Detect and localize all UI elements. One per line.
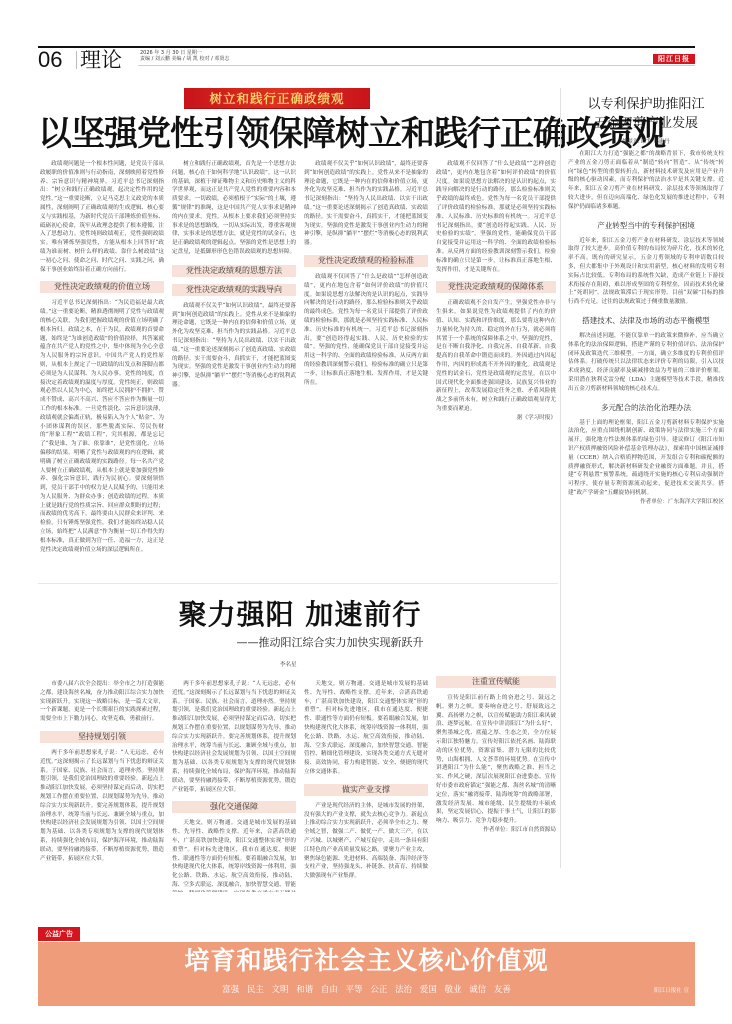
right-article-section-1-text: 近年来，阳江五金刀剪产业在材料研发、涂层技术等领域取得了较大进步。高价值专利的布… [568,237,724,307]
article1-subheading-4: 党性决定政绩观的检验标准 [304,255,428,267]
article2-section-3-text: 产业是现代经济的主体，是城市发展的骨架，没有强大的产业支撑，就失去核心竞争力。新… [304,802,428,881]
article2-column-1: 市委八届六次全会提出：举全市之力打造强能之都，建设海丝名城，奋力推动阳江综合实力… [40,680,164,892]
public-ad-tag: 公益广告 [38,927,80,941]
article2-intro: 市委八届六次全会提出：举全市之力打造强能之都，建设海丝名城，奋力推动阳江综合实力… [40,680,164,724]
article1-section-4-text: 政绩观不仅回答了“什么是政绩”“怎样创造政绩”，更内在地包含着“如何评价政绩”的… [304,273,428,387]
article2-subheading-1: 坚持规划引领 [40,731,164,743]
article2-column-2: 两千多年前思想家孔子说：“人无远虑，必有近忧。”这深刻揭示了长远谋划与当下忧患的… [172,680,296,892]
article1-subheading-1: 党性决定政绩观的价值立场 [40,281,164,293]
article-kicker: 树立和践行正确政绩观 [184,88,370,109]
article2-title: 聚力强阳 加速前行 [120,598,480,632]
right-article-subheading-1: 产业转型当中的专利保护困境 [568,220,724,231]
article2-column-3: 天地交，则万物通。交通是城市发展的基础性、先导性、战略性支撑。近年来，合湛高铁通… [304,680,428,892]
page-number: 06 [38,49,62,71]
article2-section-1-cont: 两千多年前思想家孔子说：“人无远虑，必有近忧。”这深刻揭示了长远谋划与当下忧患的… [172,680,296,794]
article1-column-3: 政绩观不仅关乎“如何认识政绩”，最终还要落到“如何创造政绩”的实践上。党性从来不… [304,160,428,582]
public-ad-publisher: 阳江日报社 宣 [654,986,689,994]
right-article-body: 在阳江大力打造“强能之都”的战略背景下，我市传统支柱产业的五金刀剪正面临着从“制… [568,150,724,890]
section-name: 理论 [80,48,122,72]
article1-section-4-cont: 政绩观不仅回答了“什么是政绩”“怎样创造政绩”，更内在地包含着“如何评价政绩”的… [436,160,556,274]
article1-column-4: 政绩观不仅回答了“什么是政绩”“怎样创造政绩”，更内在地包含着“如何评价政绩”的… [436,160,556,582]
article2-subtitle: ——推动阳江综合实力加快实现新跃升 [180,636,480,650]
right-article-authors: 姚景深 谭戈 郑惠丹 [568,137,724,145]
right-article-credit: 作者单位：广东海洋大学阳江校区 [568,498,724,507]
right-article-title-line1: 以专利保护助推阳江 [568,95,724,114]
article1-section-3-text: 政绩观不仅关乎“如何认识政绩”，最终还要落到“如何创造政绩”的实践上。党性从来不… [172,302,296,390]
newspaper-logo: 阳江日报 [653,54,695,64]
article2-section-4-text: 宣传是阳江前行路上的奋进之号、鼓远之帆、聚力之帜。要奏响奋进之号、舒展致远之翼、… [436,694,556,826]
article2-author: 李名星 [280,660,297,668]
issue-meta: 2026 年 3 月 30 日 星期一 责编 / 刘云鹏 美编 / 胡 凯 校对… [140,50,229,62]
article2-subheading-3: 做实产业支撑 [304,784,428,796]
article2-subheading-2: 强化交通保障 [172,801,296,813]
article1-intro: 政绩观问题是一个根本性问题，是党员干部从政履职的价值准则与行动指南，深刻映照着党… [40,160,164,274]
article2-section-2-cont: 天地交，则万物通。交通是城市发展的基础性、先导性、战略性支撑。近年来，合湛高铁通… [304,680,428,777]
article1-subheading-2: 党性决定政绩观的思想方法 [172,265,296,277]
right-article-subheading-3: 多元配合的法治化治理办法 [568,402,724,413]
article-title: 以坚强党性引领保障树立和践行正确政绩观 [38,112,558,156]
article1-column-2: 树立和践行正确政绩观，首先是一个思想方法问题，核心在于如何科学地“认识政绩”。这… [172,160,296,582]
column-divider [560,88,561,868]
article1-subheading-5: 党性决定政绩观的保障体系 [436,281,556,293]
article1-section-5-text: 正确政绩观不会自发产生，坚强党性亦非与生俱来。如果说党性为政绩观提供了内在的价值… [436,299,556,413]
article2-credit: 作者单位：阳江市自然资源局 [436,826,556,835]
article2-column-4: 注重宣传赋能 宣传是阳江前行路上的奋进之号、鼓远之帆、聚力之帜。要奏响奋进之号、… [436,676,556,892]
right-article-subheading-2: 搭建技术、法律及市场的动态平衡模型 [568,315,724,326]
right-article-section-2-text: 解决前述问题，不能仅靠单一的政策来微修补，应当确立体系化的法治保障逻辑，搭建严谨… [568,332,724,394]
article2-section-1-text: 两千多年前思想家孔子说：“人无远虑，必有近忧。”这深刻揭示了长远谋划与当下忧患的… [40,749,164,863]
right-article-intro: 在阳江大力打造“强能之都”的战略背景下，我市传统支柱产业的五金刀剪正面临着从“制… [568,150,724,212]
article1-subheading-3: 党性决定政绩观的实践导向 [172,284,296,296]
right-article-title-line2: 五金刀剪产业发展 [568,114,724,133]
public-service-ad: 培育和践行社会主义核心价值观 富强 民主 文明 和谐 自由 平等 公正 法治 爱… [38,942,695,1006]
article1-credit: 据《学习时报》 [436,414,556,423]
masthead-separator [76,51,77,69]
article1-section-3-cont: 政绩观不仅关乎“如何认识政绩”，最终还要落到“如何创造政绩”的实践上。党性从来不… [304,160,428,248]
article1-section-2-text: 树立和践行正确政绩观，首先是一个思想方法问题，核心在于如何科学地“认识政绩”。这… [172,160,296,257]
issue-editors: 责编 / 刘云鹏 美编 / 胡 凯 校对 / 邓贤志 [140,56,229,62]
article2-subheading-4: 注重宣传赋能 [436,676,556,688]
article1-section-1-text: 习近平总书记深刻指出：“为民造福是最大政绩。”这一重要论断，精准透彻阐明了党性与… [40,299,164,554]
right-article-title: 以专利保护助推阳江 五金刀剪产业发展 [568,95,724,133]
public-ad-values: 富强 民主 文明 和谐 自由 平等 公正 法治 爱国 敬业 诚信 友善 [38,983,695,995]
public-ad-title: 培育和践行社会主义核心价值观 [38,946,695,976]
right-article-section-3-text: 基于上面的理论框架，阳江五金刀剪新材料专利保护实施法治化，应重点围绕机制创新、政… [568,419,724,498]
article1-column-1: 政绩观问题是一个根本性问题，是党员干部从政履职的价值准则与行动指南，深刻映照着党… [40,160,164,582]
article2-section-2-text: 天地交，则万物通。交通是城市发展的基础性、先导性、战略性支撑。近年来，合湛高铁通… [172,819,296,892]
masthead-rule [38,46,695,48]
article-divider [38,583,558,584]
masthead-subrule [138,65,695,66]
